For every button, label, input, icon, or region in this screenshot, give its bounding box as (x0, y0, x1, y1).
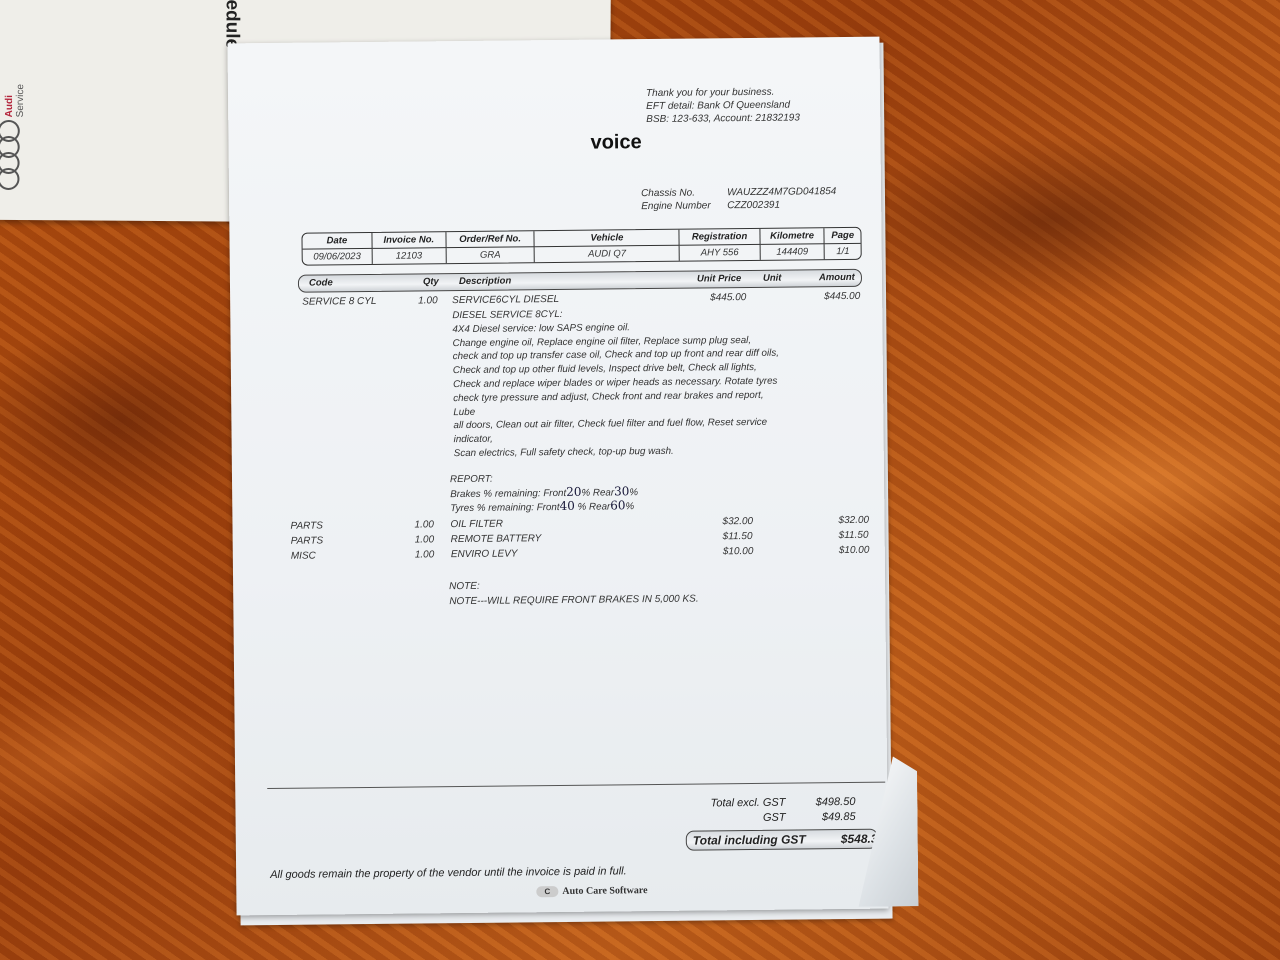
total-excl-value: $498.50 (785, 795, 855, 811)
meta-date: 09/06/2023 (303, 249, 373, 265)
col-amount: Amount (819, 272, 855, 283)
booklet-brand: Audi Service (4, 84, 26, 118)
copyright-badge-icon: C (536, 886, 558, 897)
brakes-prefix: Brakes % remaining: Front (450, 487, 566, 499)
service-description: SERVICE6CYL DIESEL (452, 294, 559, 306)
totals-block: Total excl. GST$498.50 GST$49.85 (675, 795, 855, 827)
tyres-prefix: Tyres % remaining: Front (450, 502, 559, 514)
item-unit-price: $11.50 (723, 531, 753, 542)
percent-suffix: % (629, 487, 638, 498)
brand-sub: Service (15, 84, 26, 117)
percent-suffix: % (625, 502, 634, 513)
item-qty: 1.00 (415, 534, 435, 545)
service-unit-price: $445.00 (710, 292, 746, 303)
item-code: PARTS (290, 520, 323, 531)
item-code: MISC (291, 551, 316, 562)
meta-header: Invoice No. (372, 232, 446, 249)
item-unit-price: $10.00 (723, 546, 754, 557)
meta-registration: AHY 556 (680, 245, 760, 261)
meta-page: 1/1 (825, 244, 861, 259)
invoice-meta-table: Date Invoice No. Order/Ref No. Vehicle R… (301, 227, 861, 266)
item-code: PARTS (291, 535, 324, 546)
chassis-value: WAUZZZ4M7GD041854 (727, 185, 836, 199)
service-qty: 1.00 (418, 295, 438, 306)
vehicle-identifiers: Chassis No.WAUZZZ4M7GD041854 Engine Numb… (641, 185, 837, 213)
payment-info: Thank you for your business. EFT detail:… (646, 85, 800, 126)
brakes-rear-value: 30 (614, 484, 629, 498)
item-description: REMOTE BATTERY (451, 533, 542, 545)
tyres-report: Tyres % remaining: Front40 % Rear60% (450, 497, 834, 516)
item-description: ENVIRO LEVY (451, 548, 518, 560)
service-amount: $445.00 (824, 291, 860, 302)
col-qty: Qty (423, 276, 439, 287)
meta-header: Date (302, 233, 372, 250)
software-name: Auto Care Software (562, 885, 647, 897)
chassis-label: Chassis No. (641, 186, 727, 200)
note-text: NOTE---WILL REQUIRE FRONT BRAKES IN 5,00… (449, 594, 698, 608)
meta-header: Kilometre (760, 228, 825, 245)
meta-vehicle: AUDI Q7 (535, 246, 680, 263)
engine-label: Engine Number (641, 199, 727, 213)
gst-value: $49.85 (786, 810, 856, 826)
meta-header: Order/Ref No. (446, 231, 535, 248)
item-description: OIL FILTER (450, 519, 503, 531)
software-credit: C Auto Care Software (536, 885, 647, 897)
line-items-header: Code Qty Description Unit Price Unit Amo… (298, 269, 862, 293)
brakes-mid: % Rear (581, 487, 614, 498)
item-qty: 1.00 (414, 519, 434, 530)
totals-divider (267, 782, 885, 789)
gst-label: GST (763, 811, 786, 826)
grand-total: Total including GST $548.35 (686, 829, 878, 851)
total-excl-label: Total excl. GST (711, 796, 786, 812)
tyres-front-value: 40 (559, 499, 574, 513)
col-description: Description (459, 275, 511, 287)
invoice-page: Thank you for your business. EFT detail:… (227, 37, 888, 916)
tyres-mid: % Rear (575, 502, 611, 513)
total-incl-label: Total including GST (693, 832, 806, 847)
booklet-title: edule (220, 0, 242, 49)
meta-invoice-no: 12103 (372, 248, 446, 264)
tyres-rear-value: 60 (610, 499, 625, 513)
col-unit: Unit (763, 273, 782, 284)
meta-kilometre: 144409 (760, 244, 825, 260)
item-amount: $32.00 (838, 515, 869, 526)
brakes-front-value: 20 (566, 484, 581, 498)
meta-header: Registration (680, 229, 760, 246)
meta-header: Page (825, 228, 861, 244)
ownership-footer: All goods remain the property of the ven… (270, 865, 627, 881)
meta-header: Vehicle (535, 230, 680, 248)
audi-rings-logo-icon (0, 126, 20, 190)
item-amount: $10.00 (839, 545, 870, 556)
service-code: SERVICE 8 CYL (302, 296, 376, 308)
item-qty: 1.00 (415, 549, 435, 560)
col-unit-price: Unit Price (697, 273, 741, 284)
item-amount: $11.50 (839, 530, 869, 541)
meta-order-ref: GRA (446, 247, 535, 263)
col-code: Code (309, 277, 333, 288)
service-details: DIESEL SERVICE 8CYL: 4X4 Diesel service:… (452, 305, 834, 516)
item-unit-price: $32.00 (722, 516, 753, 527)
bank-detail: BSB: 123-633, Account: 21832193 (646, 111, 800, 126)
brand-name: Audi (4, 84, 15, 117)
engine-value: CZZ002391 (727, 199, 780, 213)
note-label: NOTE: (449, 581, 480, 592)
invoice-heading: voice (590, 131, 641, 155)
